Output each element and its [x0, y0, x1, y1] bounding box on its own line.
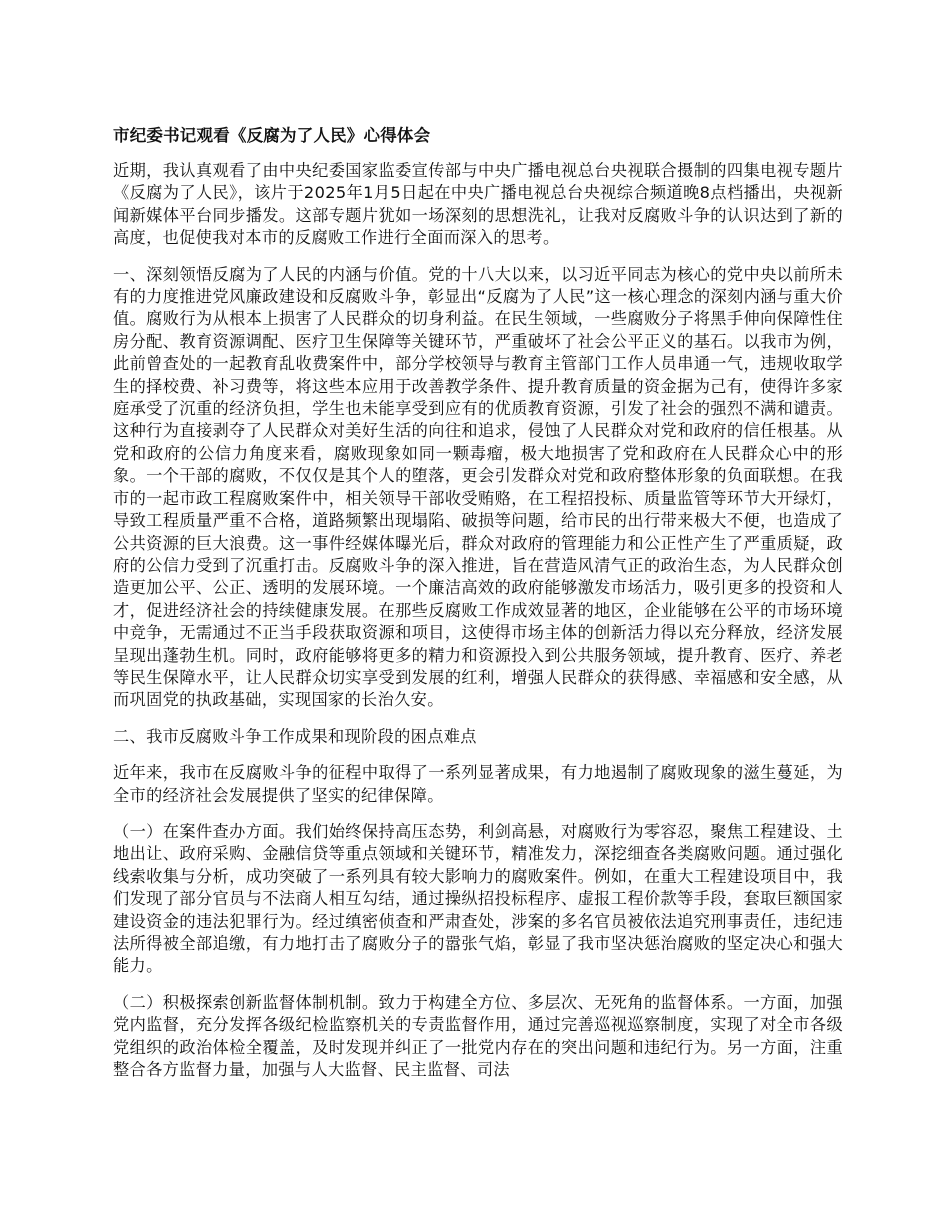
case-handling-paragraph: （一）在案件查办方面。我们始终保持高压态势，利剑高悬，对腐败行为零容忍，聚焦工程… — [113, 821, 843, 978]
section-two-intro-paragraph: 近年来，我市在反腐败斗争的征程中取得了一系列显著成果，有力地遏制了腐败现象的滋生… — [113, 762, 843, 807]
supervision-paragraph: （二）积极探索创新监督体制机制。致力于构建全方位、多层次、无死角的监督体系。一方… — [113, 992, 843, 1082]
section-one-paragraph: 一、深刻领悟反腐为了人民的内涵与价值。党的十八大以来，以习近平同志为核心的党中央… — [113, 264, 843, 712]
section-two-heading: 二、我市反腐败斗争工作成果和现阶段的困点难点 — [113, 726, 843, 748]
document-title: 市纪委书记观看《反腐为了人民》心得体会 — [113, 124, 843, 148]
document-page: 市纪委书记观看《反腐为了人民》心得体会 近期，我认真观看了由中央纪委国家监委宣传… — [113, 124, 843, 1095]
intro-paragraph: 近期，我认真观看了由中央纪委国家监委宣传部与中央广播电视总台央视联合摄制的四集电… — [113, 160, 843, 250]
